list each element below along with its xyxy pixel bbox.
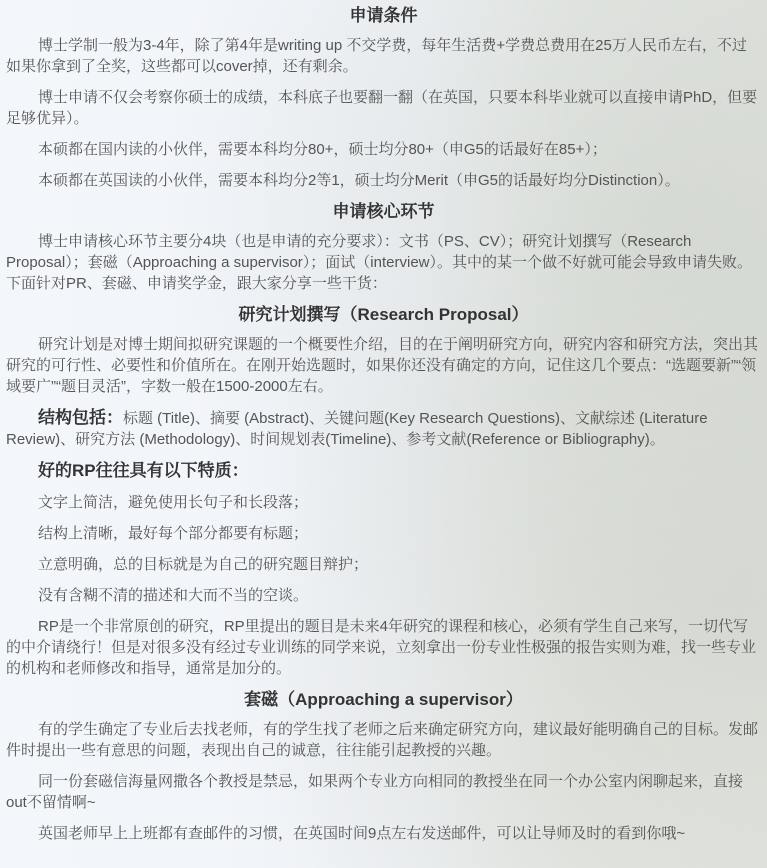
quality-item: 没有含糊不清的描述和大而不当的空谈。 [6,585,761,606]
section-title-conditions: 申请条件 [6,0,761,27]
paragraph: 博士申请核心环节主要分4块（也是申请的充分要求）：文书（PS、CV）；研究计划撰… [6,231,761,294]
quality-item: 文字上简洁，避免使用长句子和长段落； [6,492,761,513]
article-body: 申请条件 博士学制一般为3-4年，除了第4年是writing up 不交学费，每… [0,0,767,844]
structure-label: 结构包括： [38,408,123,427]
paragraph: RP是一个非常原创的研究，RP里提出的题目是未来4年研究的课程和核心，必须有学生… [6,616,761,679]
qualities-title: 好的RP往往具有以下特质： [6,460,761,482]
paragraph: 英国老师早上上班都有查邮件的习惯，在英国时间9点左右发送邮件，可以让导师及时的看… [6,823,761,844]
paragraph: 研究计划是对博士期间拟研究课题的一个概要性介绍，目的在于阐明研究方向，研究内容和… [6,334,761,397]
paragraph: 同一份套磁信海量网撒各个教授是禁忌，如果两个专业方向相同的教授坐在同一个办公室内… [6,771,761,813]
quality-item: 立意明确，总的目标就是为自己的研究题目辩护； [6,554,761,575]
paragraph: 本硕都在英国读的小伙伴，需要本科均分2等1，硕士均分Merit（申G5的话最好均… [6,170,761,191]
paragraph: 博士申请不仅会考察你硕士的成绩，本科底子也要翻一翻（在英国，只要本科毕业就可以直… [6,87,761,129]
structure-paragraph: 结构包括：标题 (Title)、摘要 (Abstract)、关键问题(Key R… [6,407,761,450]
quality-item: 结构上清晰，最好每个部分都要有标题； [6,523,761,544]
paragraph: 有的学生确定了专业后去找老师，有的学生找了老师之后来确定研究方向，建议最好能明确… [6,719,761,761]
section-title-rp: 研究计划撰写（Research Proposal） [6,304,761,326]
paragraph: 博士学制一般为3-4年，除了第4年是writing up 不交学费，每年生活费+… [6,35,761,77]
paragraph: 本硕都在国内读的小伙伴，需要本科均分80+，硕士均分80+（申G5的话最好在85… [6,139,761,160]
section-title-core: 申请核心环节 [6,201,761,223]
section-title-supervisor: 套磁（Approaching a supervisor） [6,689,761,711]
